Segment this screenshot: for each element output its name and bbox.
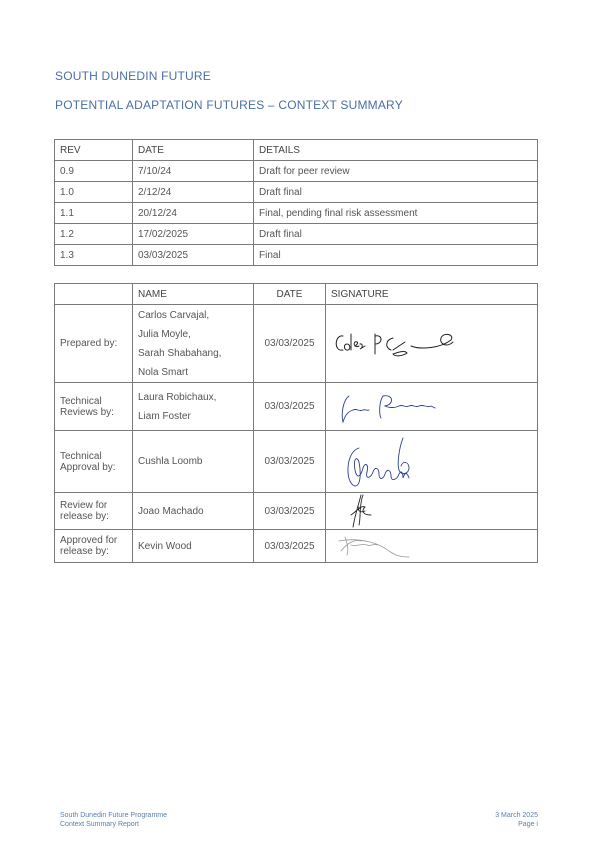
signature-cell	[326, 493, 538, 530]
date-cell: 7/10/24	[133, 161, 254, 182]
table-row: 1.0 2/12/24 Draft final	[55, 182, 538, 203]
name: Julia Moyle,	[138, 325, 248, 344]
signature-cell	[326, 431, 538, 493]
table-row: Prepared by: Carlos Carvajal, Julia Moyl…	[55, 305, 538, 383]
header-details: DETAILS	[254, 140, 538, 161]
name: Joao Machado	[138, 502, 248, 521]
rev-cell: 1.0	[55, 182, 133, 203]
name: Cushla Loomb	[138, 452, 248, 471]
signature-carlos-image	[331, 324, 461, 364]
signoff-table: NAME DATE SIGNATURE Prepared by: Carlos …	[54, 283, 538, 563]
role-cell: Technical Approval by:	[55, 431, 133, 493]
table-row: Technical Reviews by: Laura Robichaux, L…	[55, 383, 538, 431]
date-cell: 03/03/2025	[254, 431, 326, 493]
role-cell: Review for release by:	[55, 493, 133, 530]
details-cell: Final	[254, 245, 538, 266]
name: Kevin Wood	[138, 537, 248, 556]
signature-cell	[326, 305, 538, 383]
rev-cell: 0.9	[55, 161, 133, 182]
date-cell: 20/12/24	[133, 203, 254, 224]
rev-cell: 1.1	[55, 203, 133, 224]
table-row: Technical Approval by: Cushla Loomb 03/0…	[55, 431, 538, 493]
signature-cell	[326, 530, 538, 563]
signature-kevin-image	[331, 531, 421, 561]
date-cell: 03/03/2025	[254, 493, 326, 530]
table-row: Approved for release by: Kevin Wood 03/0…	[55, 530, 538, 563]
date-cell: 2/12/24	[133, 182, 254, 203]
date-cell: 17/02/2025	[133, 224, 254, 245]
footer-left: South Dunedin Future Programme Context S…	[60, 811, 167, 829]
date-cell: 03/03/2025	[254, 305, 326, 383]
table-row: 0.9 7/10/24 Draft for peer review	[55, 161, 538, 182]
programme-title: SOUTH DUNEDIN FUTURE	[55, 69, 211, 83]
header-rev: REV	[55, 140, 133, 161]
header-role	[55, 284, 133, 305]
document-title: POTENTIAL ADAPTATION FUTURES – CONTEXT S…	[55, 98, 403, 112]
name: Liam Foster	[138, 407, 248, 426]
footer-programme: South Dunedin Future Programme	[60, 811, 167, 820]
table-row: 1.2 17/02/2025 Draft final	[55, 224, 538, 245]
name: Nola Smart	[138, 363, 248, 382]
role-cell: Approved for release by:	[55, 530, 133, 563]
details-cell: Draft final	[254, 224, 538, 245]
name: Sarah Shabahang,	[138, 344, 248, 363]
table-row: Review for release by: Joao Machado 03/0…	[55, 493, 538, 530]
names-cell: Cushla Loomb	[133, 431, 254, 493]
signature-cushla-image	[331, 434, 451, 490]
rev-cell: 1.2	[55, 224, 133, 245]
rev-cell: 1.3	[55, 245, 133, 266]
details-cell: Draft for peer review	[254, 161, 538, 182]
header-name: NAME	[133, 284, 254, 305]
names-cell: Laura Robichaux, Liam Foster	[133, 383, 254, 431]
role-cell: Prepared by:	[55, 305, 133, 383]
name: Laura Robichaux,	[138, 388, 248, 407]
signoff-table-header: NAME DATE SIGNATURE	[55, 284, 538, 305]
table-row: 1.1 20/12/24 Final, pending final risk a…	[55, 203, 538, 224]
page-number: Page i	[495, 820, 538, 829]
details-cell: Draft final	[254, 182, 538, 203]
date-cell: 03/03/2025	[254, 530, 326, 563]
signature-laura-image	[331, 388, 451, 426]
date-cell: 03/03/2025	[133, 245, 254, 266]
names-cell: Carlos Carvajal, Julia Moyle, Sarah Shab…	[133, 305, 254, 383]
table-row: 1.3 03/03/2025 Final	[55, 245, 538, 266]
signature-cell	[326, 383, 538, 431]
footer-date: 3 March 2025	[495, 811, 538, 820]
signature-joao-image	[331, 493, 391, 529]
role-cell: Technical Reviews by:	[55, 383, 133, 431]
footer-right: 3 March 2025 Page i	[495, 811, 538, 829]
details-cell: Final, pending final risk assessment	[254, 203, 538, 224]
date-cell: 03/03/2025	[254, 383, 326, 431]
name: Carlos Carvajal,	[138, 306, 248, 325]
names-cell: Joao Machado	[133, 493, 254, 530]
header-signature: SIGNATURE	[326, 284, 538, 305]
footer-report: Context Summary Report	[60, 820, 167, 829]
header-date: DATE	[254, 284, 326, 305]
names-cell: Kevin Wood	[133, 530, 254, 563]
revision-table: REV DATE DETAILS 0.9 7/10/24 Draft for p…	[54, 139, 538, 266]
revision-table-header: REV DATE DETAILS	[55, 140, 538, 161]
header-date: DATE	[133, 140, 254, 161]
